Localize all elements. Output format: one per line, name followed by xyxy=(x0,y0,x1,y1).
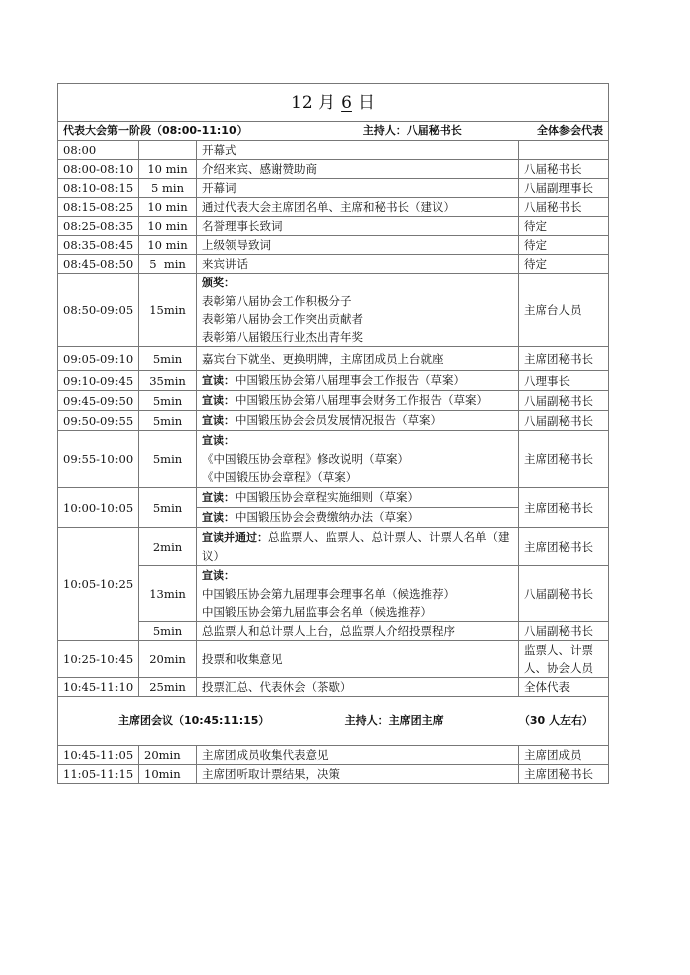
time-cell: 08:00 xyxy=(58,141,139,160)
person-cell: 主席团秘书长 xyxy=(519,528,609,566)
person-cell: 待定 xyxy=(519,255,609,274)
section-attendees: 全体参会代表 xyxy=(537,122,603,140)
item-line: 表彰第八届协会工作积极分子 xyxy=(202,292,513,310)
time-cell: 09:45-09:50 xyxy=(58,391,139,411)
section-header: 主席团会议（10:45:11:15） 主持人：主席团主席 （30 人左右） xyxy=(58,697,609,746)
item-line: 表彰第八届锻压行业杰出青年奖 xyxy=(202,328,513,346)
item-cell: 宣读： 中国锻压协会第九届理事会理事名单（候选推荐） 中国锻压协会第九届监事会名… xyxy=(197,566,519,622)
duration-cell: 10min xyxy=(139,765,197,784)
person-cell: 待定 xyxy=(519,217,609,236)
table-row: 10:45-11:05 20min 主席团成员收集代表意见 主席团成员 xyxy=(58,746,609,765)
person-cell: 八理事长 xyxy=(519,371,609,391)
duration-cell: 25min xyxy=(139,678,197,697)
duration-cell: 10 min xyxy=(139,160,197,179)
item-cell: 颁奖： 表彰第八届协会工作积极分子 表彰第八届协会工作突出贡献者 表彰第八届锻压… xyxy=(197,274,519,347)
table-row: 09:50-09:55 5min 宣读：中国锻压协会会员发展情况报告（草案） 八… xyxy=(58,411,609,431)
section-host: 主持人：主席团主席 xyxy=(345,712,444,730)
section-header: 代表大会第一阶段（08:00-11:10） 主持人：八届秘书长 全体参会代表 xyxy=(58,122,609,141)
duration-cell: 5min xyxy=(139,411,197,431)
duration-cell: 20min xyxy=(139,641,197,678)
table-row: 10:25-10:45 20min 投票和收集意见 监票人、计票人、协会人员 xyxy=(58,641,609,678)
item-line: 中国锻压协会第九届监事会名单（候选推荐） xyxy=(202,603,513,621)
item-line: 《中国锻压协会章程》（草案） xyxy=(202,468,513,486)
item-cell: 开幕词 xyxy=(197,179,519,198)
person-cell: 主席团秘书长 xyxy=(519,765,609,784)
person-cell: 全体代表 xyxy=(519,678,609,697)
duration-cell: 2min xyxy=(139,528,197,566)
table-row: 08:00-08:10 10 min 介绍来宾、感谢赞助商 八届秘书长 xyxy=(58,160,609,179)
person-cell: 主席台人员 xyxy=(519,274,609,347)
person-cell: 八届秘书长 xyxy=(519,160,609,179)
duration-cell: 5 min xyxy=(139,179,197,198)
time-cell: 08:00-08:10 xyxy=(58,160,139,179)
time-cell: 09:05-09:10 xyxy=(58,347,139,371)
item-cell: 总监票人和总计票人上台，总监票人介绍投票程序 xyxy=(197,622,519,641)
person-cell: 八届副秘书长 xyxy=(519,566,609,622)
duration-cell: 10 min xyxy=(139,217,197,236)
person-cell: 待定 xyxy=(519,236,609,255)
item-label: 宣读： xyxy=(202,414,235,427)
time-cell: 10:45-11:05 xyxy=(58,746,139,765)
time-cell: 10:05-10:25 xyxy=(58,528,139,641)
item-cell: 上级领导致词 xyxy=(197,236,519,255)
time-cell: 08:25-08:35 xyxy=(58,217,139,236)
time-cell: 08:35-08:45 xyxy=(58,236,139,255)
item-cell: 宣读：中国锻压协会会员发展情况报告（草案） xyxy=(197,411,519,431)
time-cell: 10:25-10:45 xyxy=(58,641,139,678)
item-cell: 投票汇总、代表休会（茶歇） xyxy=(197,678,519,697)
table-row: 11:05-11:15 10min 主席团听取计票结果，决策 主席团秘书长 xyxy=(58,765,609,784)
section-attendees: （30 人左右） xyxy=(519,712,593,730)
item-cell: 介绍来宾、感谢赞助商 xyxy=(197,160,519,179)
item-label: 宣读： xyxy=(202,394,235,407)
duration-cell: 10 min xyxy=(139,236,197,255)
item-cell: 宣读：中国锻压协会第八届理事会财务工作报告（草案） xyxy=(197,391,519,411)
day-value: 6 xyxy=(335,93,358,113)
table-row: 10:45-11:10 25min 投票汇总、代表休会（茶歇） 全体代表 xyxy=(58,678,609,697)
duration-cell: 5min xyxy=(139,431,197,488)
person-cell: 八届副秘书长 xyxy=(519,391,609,411)
sub-item: 宣读：中国锻压协会会费缴纳办法（草案） xyxy=(197,507,518,527)
item-cell: 宣读：中国锻压协会第八届理事会工作报告（草案） xyxy=(197,371,519,391)
item-cell: 宣读：中国锻压协会章程实施细则（草案） 宣读：中国锻压协会会费缴纳办法（草案） xyxy=(197,488,519,528)
duration-cell: 5 min xyxy=(139,255,197,274)
sub-item: 宣读：中国锻压协会章程实施细则（草案） xyxy=(197,488,518,507)
table-row: 10:05-10:25 2min 宣读并通过：总监票人、监票人、总计票人、计票人… xyxy=(58,528,609,566)
item-cell: 宣读： 《中国锻压协会章程》修改说明（草案） 《中国锻压协会章程》（草案） xyxy=(197,431,519,488)
table-row: 10:00-10:05 5min 宣读：中国锻压协会章程实施细则（草案） 宣读：… xyxy=(58,488,609,528)
table-row: 09:45-09:50 5min 宣读：中国锻压协会第八届理事会财务工作报告（草… xyxy=(58,391,609,411)
item-line: 中国锻压协会第九届理事会理事名单（候选推荐） xyxy=(202,585,513,603)
time-cell: 08:45-08:50 xyxy=(58,255,139,274)
item-cell: 投票和收集意见 xyxy=(197,641,519,678)
section-name: 代表大会第一阶段（08:00-11:10） xyxy=(63,122,248,140)
item-label: 颁奖： xyxy=(202,274,513,292)
item-label: 宣读： xyxy=(202,374,235,387)
item-line: 《中国锻压协会章程》修改说明（草案） xyxy=(202,450,513,468)
item-cell: 通过代表大会主席团名单、主席和秘书长（建议） xyxy=(197,198,519,217)
person-cell: 主席团秘书长 xyxy=(519,431,609,488)
person-cell: 主席团秘书长 xyxy=(519,488,609,528)
table-row: 08:45-08:50 5 min 来宾讲话 待定 xyxy=(58,255,609,274)
item-label: 宣读： xyxy=(202,432,513,450)
time-cell: 10:45-11:10 xyxy=(58,678,139,697)
time-cell: 09:50-09:55 xyxy=(58,411,139,431)
person-cell xyxy=(519,141,609,160)
page-title: 12 月6日 xyxy=(58,84,609,122)
table-row: 09:55-10:00 5min 宣读： 《中国锻压协会章程》修改说明（草案） … xyxy=(58,431,609,488)
duration-cell: 5min xyxy=(139,488,197,528)
duration-cell: 35min xyxy=(139,371,197,391)
section-host: 主持人：八届秘书长 xyxy=(363,122,462,140)
item-cell: 来宾讲话 xyxy=(197,255,519,274)
time-cell: 08:50-09:05 xyxy=(58,274,139,347)
table-row: 09:10-09:45 35min 宣读：中国锻压协会第八届理事会工作报告（草案… xyxy=(58,371,609,391)
item-cell: 主席团成员收集代表意见 xyxy=(197,746,519,765)
item-cell: 开幕式 xyxy=(197,141,519,160)
duration-cell: 5min xyxy=(139,347,197,371)
section-name: 主席团会议（10:45:11:15） xyxy=(118,712,269,730)
time-cell: 08:15-08:25 xyxy=(58,198,139,217)
person-cell: 八届副秘书长 xyxy=(519,411,609,431)
item-label: 宣读并通过： xyxy=(202,531,268,544)
item-cell: 名誉理事长致词 xyxy=(197,217,519,236)
person-cell: 监票人、计票人、协会人员 xyxy=(519,641,609,678)
table-row: 08:15-08:25 10 min 通过代表大会主席团名单、主席和秘书长（建议… xyxy=(58,198,609,217)
table-row: 08:25-08:35 10 min 名誉理事长致词 待定 xyxy=(58,217,609,236)
duration-cell: 10 min xyxy=(139,198,197,217)
person-cell: 主席团成员 xyxy=(519,746,609,765)
duration-cell: 13min xyxy=(139,566,197,622)
time-cell: 08:10-08:15 xyxy=(58,179,139,198)
time-cell: 10:00-10:05 xyxy=(58,488,139,528)
table-row: 08:10-08:15 5 min 开幕词 八届副理事长 xyxy=(58,179,609,198)
schedule-page: 12 月6日 代表大会第一阶段（08:00-11:10） 主持人：八届秘书长 全… xyxy=(57,83,608,784)
schedule-table: 12 月6日 代表大会第一阶段（08:00-11:10） 主持人：八届秘书长 全… xyxy=(57,83,609,784)
duration-cell: 5min xyxy=(139,391,197,411)
item-cell: 宣读并通过：总监票人、监票人、总计票人、计票人名单（建议） xyxy=(197,528,519,566)
table-row: 08:00 开幕式 xyxy=(58,141,609,160)
duration-cell: 15min xyxy=(139,274,197,347)
time-cell: 11:05-11:15 xyxy=(58,765,139,784)
person-cell: 八届副理事长 xyxy=(519,179,609,198)
duration-cell xyxy=(139,141,197,160)
table-row: 08:50-09:05 15min 颁奖： 表彰第八届协会工作积极分子 表彰第八… xyxy=(58,274,609,347)
time-cell: 09:55-10:00 xyxy=(58,431,139,488)
table-row: 13min 宣读： 中国锻压协会第九届理事会理事名单（候选推荐） 中国锻压协会第… xyxy=(58,566,609,622)
person-cell: 主席团秘书长 xyxy=(519,347,609,371)
duration-cell: 20min xyxy=(139,746,197,765)
time-cell: 09:10-09:45 xyxy=(58,371,139,391)
person-cell: 八届秘书长 xyxy=(519,198,609,217)
table-row: 5min 总监票人和总计票人上台，总监票人介绍投票程序 八届副秘书长 xyxy=(58,622,609,641)
item-cell: 主席团听取计票结果，决策 xyxy=(197,765,519,784)
person-cell: 八届副秘书长 xyxy=(519,622,609,641)
duration-cell: 5min xyxy=(139,622,197,641)
item-cell: 嘉宾台下就坐、更换明牌，主席团成员上台就座 xyxy=(197,347,519,371)
title-row: 12 月6日 xyxy=(58,84,609,122)
table-row: 09:05-09:10 5min 嘉宾台下就坐、更换明牌，主席团成员上台就座 主… xyxy=(58,347,609,371)
table-row: 08:35-08:45 10 min 上级领导致词 待定 xyxy=(58,236,609,255)
item-line: 表彰第八届协会工作突出贡献者 xyxy=(202,310,513,328)
item-label: 宣读： xyxy=(202,567,513,585)
